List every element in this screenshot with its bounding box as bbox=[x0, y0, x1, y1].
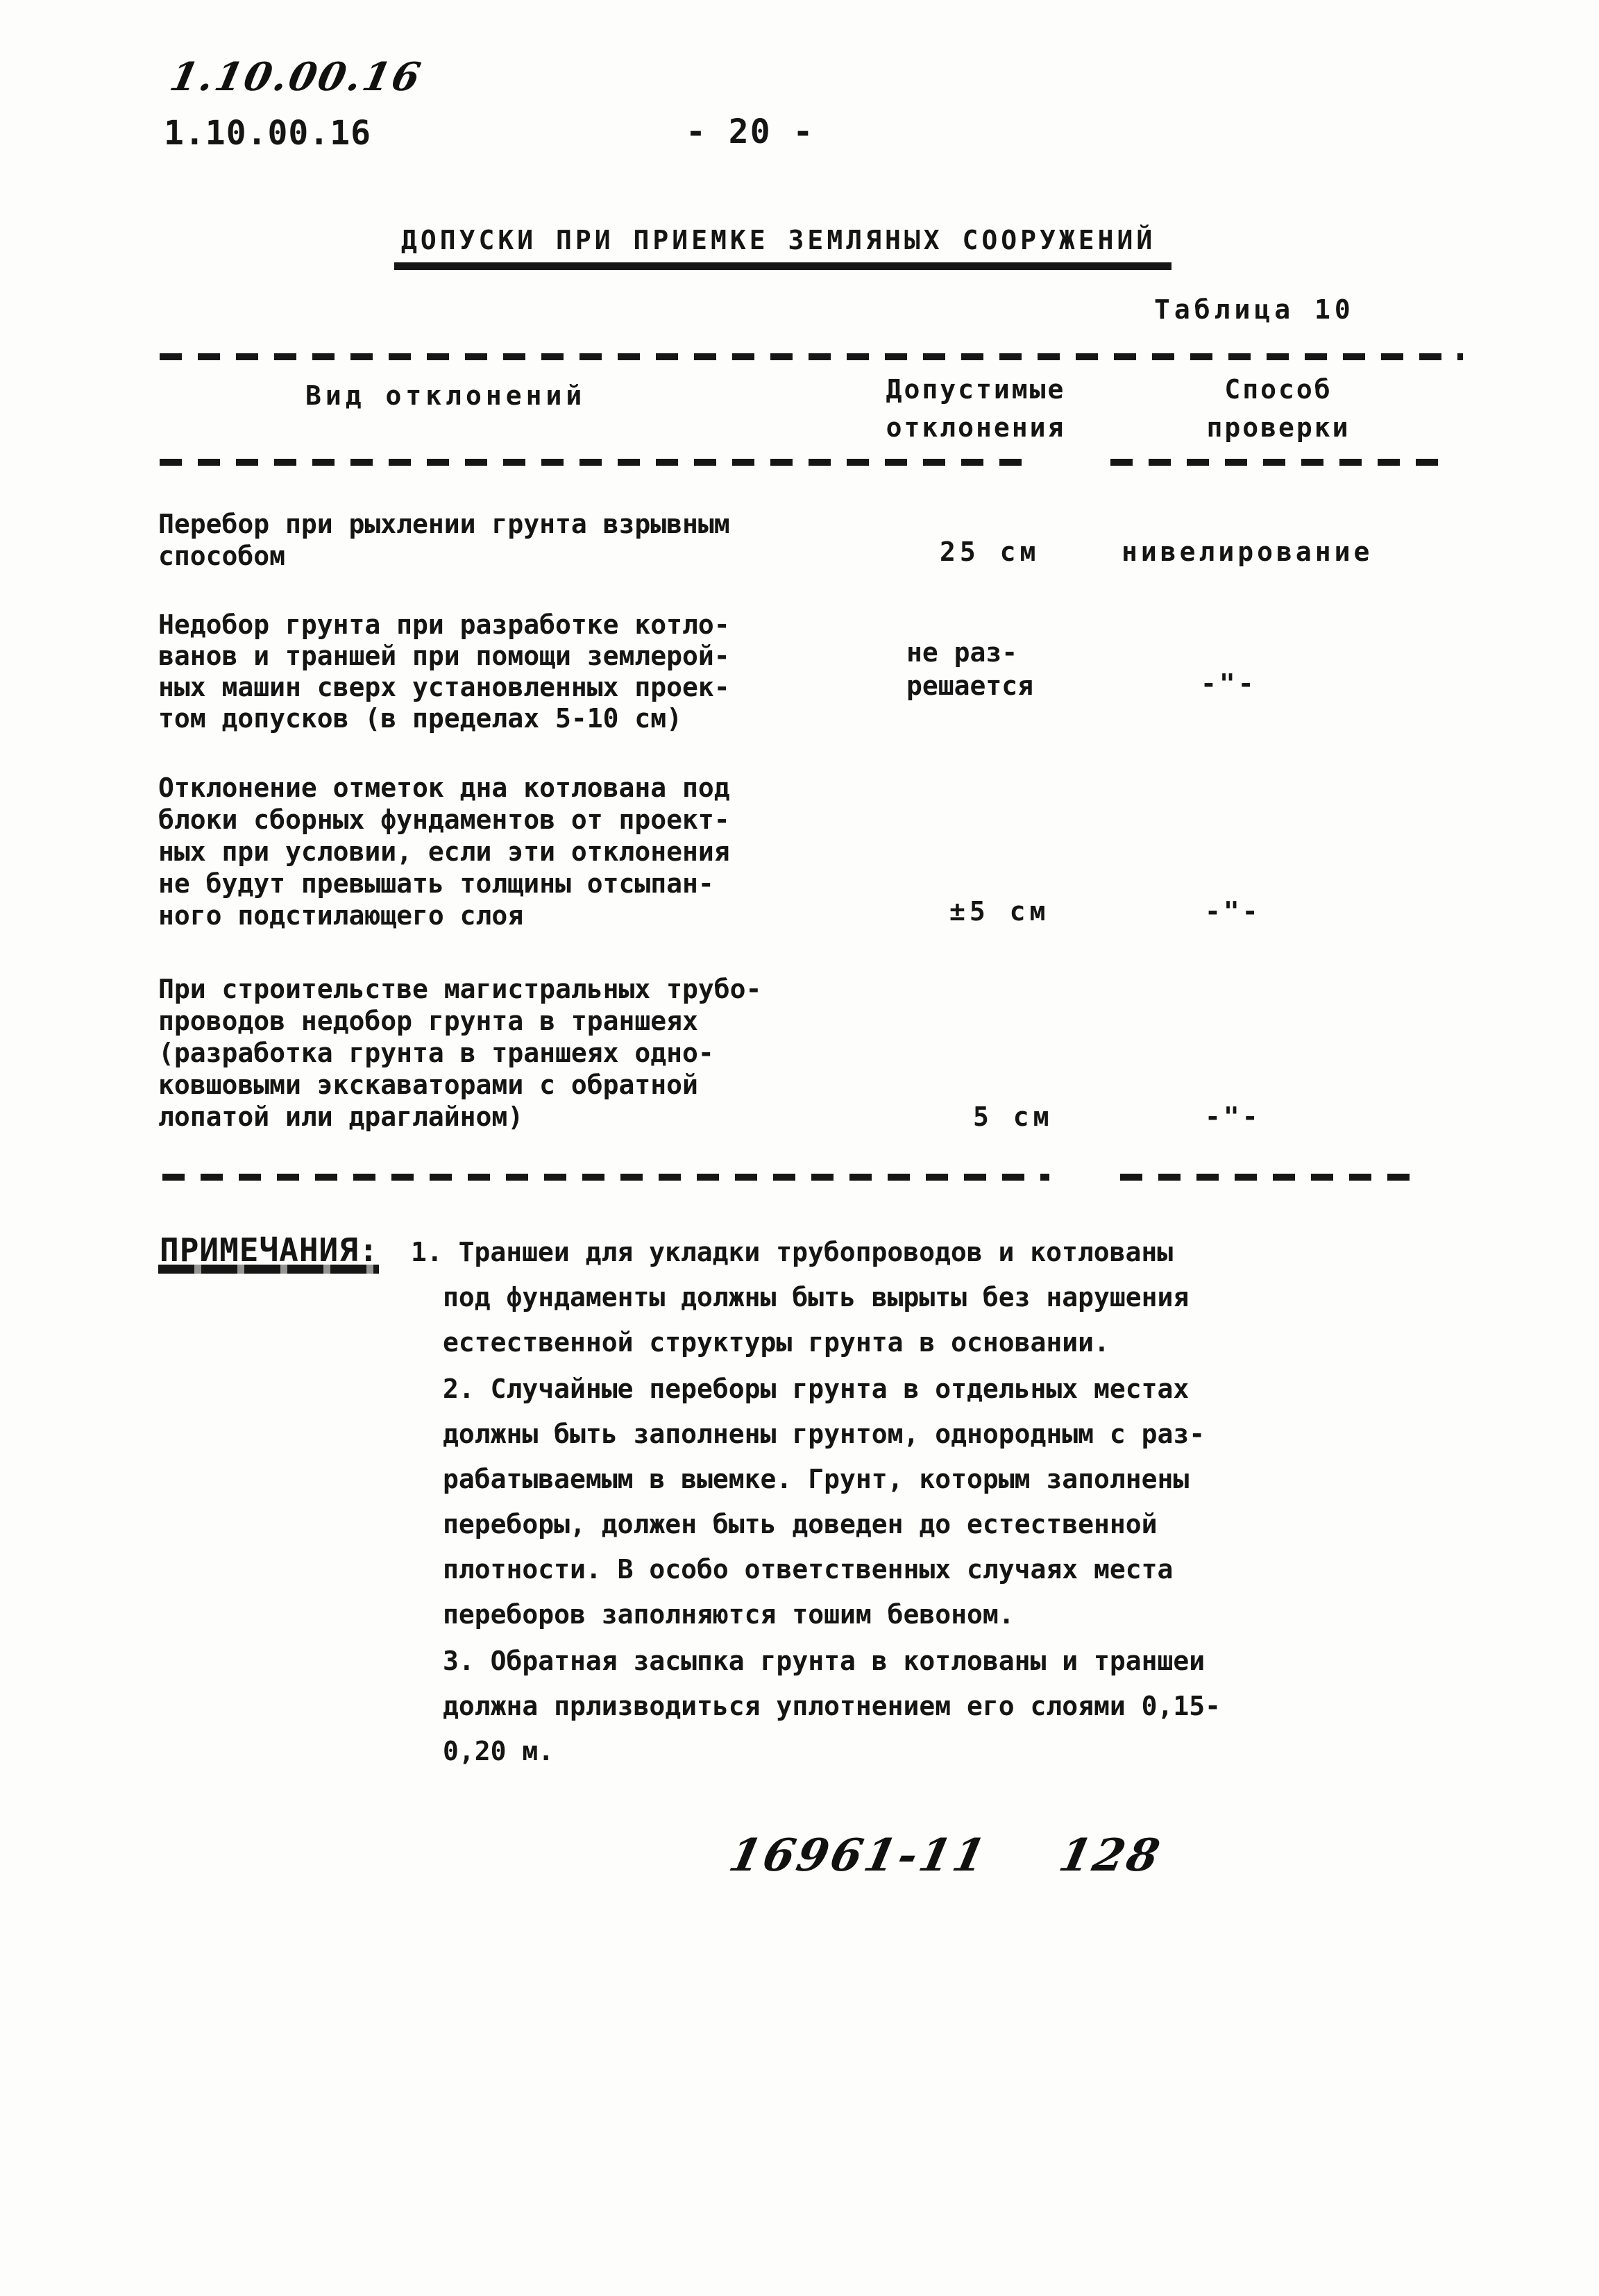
page-title: ДОПУСКИ ПРИ ПРИЕМКЕ ЗЕМЛЯНЫХ СООРУЖЕНИЙ bbox=[401, 225, 1156, 255]
table-row-method-ditto-mark: -"- bbox=[1205, 895, 1261, 927]
table-rule-header-right bbox=[1110, 459, 1445, 466]
note-item-2: 2. Случайные переборы грунта в отдельных… bbox=[443, 1367, 1470, 1637]
table-rule-top bbox=[160, 353, 1463, 360]
doc-number: 1.10.00.16 bbox=[164, 114, 371, 153]
table-row-kind: Отклонение отметок дна котлована под бло… bbox=[158, 772, 730, 931]
table-row-method: нивелирование bbox=[1122, 536, 1373, 568]
table-row-value: ±5 см bbox=[949, 895, 1049, 927]
notes-label: ПРИМЕЧАНИЯ: bbox=[160, 1231, 379, 1269]
handwritten-footer-number: 16961-11 128 bbox=[725, 1830, 1167, 1882]
scanned-document-page: 1.10.00.16 1.10.00.16 - 20 - ДОПУСКИ ПРИ… bbox=[0, 0, 1599, 2296]
note-item-1: 1. Траншеи для укладки трубопроводов и к… bbox=[443, 1230, 1470, 1365]
table-row-value: 25 см bbox=[940, 536, 1040, 568]
notes-list: 1. Траншеи для укладки трубопроводов и к… bbox=[443, 1230, 1470, 1775]
column-header-allowed-deviation: Допустимые отклонения bbox=[868, 371, 1084, 447]
page-number: - 20 - bbox=[686, 112, 814, 151]
table-row-kind: Перебор при рыхлении грунта взрывным спо… bbox=[158, 508, 730, 572]
table-row-value: не раз- решается bbox=[906, 636, 1033, 702]
table-row-method-ditto-mark: -"- bbox=[1205, 1101, 1261, 1133]
notes-label-underline bbox=[158, 1265, 379, 1274]
title-underline bbox=[394, 262, 1171, 270]
table-rule-bottom-left bbox=[162, 1174, 1049, 1181]
handwritten-doc-code: 1.10.00.16 bbox=[166, 54, 426, 100]
note-item-3: 3. Обратная засыпка грунта в котлованы и… bbox=[443, 1639, 1470, 1774]
table-row-method-ditto-mark: -"- bbox=[1201, 668, 1257, 700]
column-header-check-method: Способ проверки bbox=[1201, 371, 1356, 447]
table-row-kind: Недобор грунта при разработке котло- ван… bbox=[158, 609, 730, 734]
table-rule-header-left bbox=[160, 459, 1035, 466]
column-header-deviation-type: Вид отклонений bbox=[305, 380, 586, 411]
table-row-kind: При строительстве магистральных трубо- п… bbox=[158, 973, 761, 1133]
table-rule-bottom-right bbox=[1120, 1174, 1419, 1181]
table-caption: Таблица 10 bbox=[1154, 294, 1355, 325]
table-row-value: 5 см bbox=[973, 1101, 1054, 1133]
